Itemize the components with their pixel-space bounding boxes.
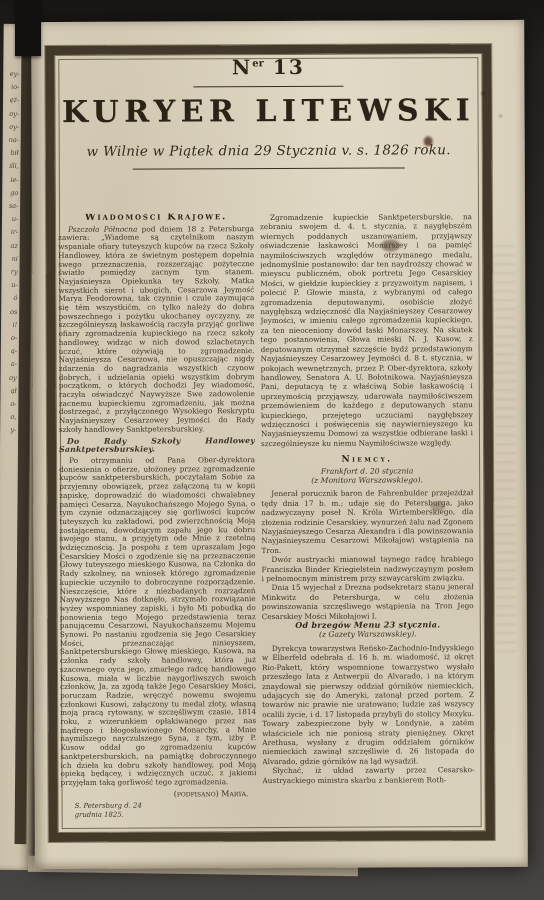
prev-page-fragment: oy (1, 372, 17, 385)
newspaper-title: KURYER LITEWSKI (54, 93, 482, 130)
prev-page-fragment: o- (1, 332, 17, 345)
signature-line: (podpisano) Marya. (61, 790, 257, 800)
article-paragraph: Jenerał porucznik baron de Fahrenbulder … (261, 489, 473, 556)
article-paragraph: Pszczoła Północna pod dniem 18 z Petersb… (58, 225, 255, 435)
left-column: Wiadomości Krajowe. Pszczoła Północna po… (58, 213, 257, 832)
section-heading-germany: Niemcy. (261, 455, 473, 465)
prev-page-fragment: i! (1, 319, 17, 332)
prev-page-fragment: oy- (3, 121, 19, 134)
prev-page-fragment: go (2, 187, 18, 200)
reverse-side-showthrough (494, 245, 516, 655)
prev-page-fragment: sa- (2, 200, 18, 213)
place-date-line2: grudnia 1825. (75, 810, 257, 819)
prev-page-fragment: ey- (3, 68, 19, 81)
prev-page-fragment: io- (3, 81, 19, 94)
prev-page-fragment: ir- (2, 226, 18, 239)
prev-page-fragment: ęż- (3, 94, 19, 107)
article-paragraph: Dnia 15 wyjechał z Drezna podsekretarz s… (262, 583, 474, 622)
paragraph-text: pod dniem 18 z Petersburga zawiera: „Wia… (58, 224, 255, 434)
rescript-subheading: Do Rady Szkoły Handlowey Sanktpetersburs… (59, 437, 255, 455)
publication-dateline: w Wilnie w Piątek dnia 29 Stycznia v. s.… (55, 142, 483, 160)
spine-bookmark-notch (15, 0, 41, 56)
fly-speck (500, 115, 502, 117)
article-paragraph: Słychać, iż układ zawarty przez Cesarsko… (262, 765, 474, 785)
prev-page-fragment: o, (0, 411, 16, 424)
ink-stain (381, 239, 400, 251)
prev-page-fragment: ął (0, 385, 16, 398)
prev-page-fragment: ie- (2, 173, 18, 186)
prev-page-fragment: u- (2, 213, 18, 226)
issue-number-superscript: er (252, 58, 264, 69)
prev-page-fragment: a- (1, 358, 17, 371)
newspaper-page: Ner 13 KURYER LITEWSKI w Wilnie w Piątek… (31, 20, 528, 869)
prev-page-fragment: ry (1, 266, 17, 279)
section-heading-domestic-news: Wiadomości Krajowe. (58, 213, 254, 223)
ink-stain (424, 136, 433, 146)
prev-page-fragment: śli, (2, 160, 18, 173)
prev-page-fragment: y- (0, 424, 16, 437)
right-column: Zgromadzenie kupieckie Sanktpetersburski… (260, 212, 475, 831)
prev-page-fragment: oy- (3, 107, 19, 120)
fly-speck (481, 92, 484, 95)
prev-page-fragment: o- (0, 398, 16, 411)
article-paragraph: Po otrzymaniu od Pana Ober-dyrektora don… (59, 456, 256, 788)
ink-stain (430, 501, 445, 511)
issue-number-prefix: N (232, 55, 252, 79)
prev-page-fragment: az (2, 239, 18, 252)
prev-page-line-fragments: ey-io-ęż-oy-oy-na-biłśli,ie-gosa-u-ir-az… (0, 68, 19, 438)
prev-page-fragment: bił (3, 147, 19, 160)
article-paragraph: Dwór austryacki mianował taynego radcę h… (261, 554, 473, 583)
prev-page-fragment: os (1, 306, 17, 319)
prev-page-fragment: na- (3, 134, 19, 147)
header-rule-small (193, 86, 343, 88)
prev-page-fragment: ą- (1, 345, 17, 358)
masthead-header: Ner 13 KURYER LITEWSKI w Wilnie w Piątek… (54, 54, 482, 170)
place-date-note: S. Petersburg d. 24 grudnia 1825. (75, 802, 257, 820)
issue-number-value: 13 (273, 55, 305, 79)
article-paragraph: Zgromadzenie kupieckie Sanktpetersburski… (260, 212, 473, 448)
prev-page-fragment: u- (1, 279, 17, 292)
prev-page-fragment: ó (1, 292, 17, 305)
issue-number: Ner 13 (54, 54, 482, 80)
article-paragraph: Dyrekcya towarzystwa Reńsko-Zachodnio-In… (262, 643, 475, 766)
prev-page-fragment: ni (2, 253, 18, 266)
